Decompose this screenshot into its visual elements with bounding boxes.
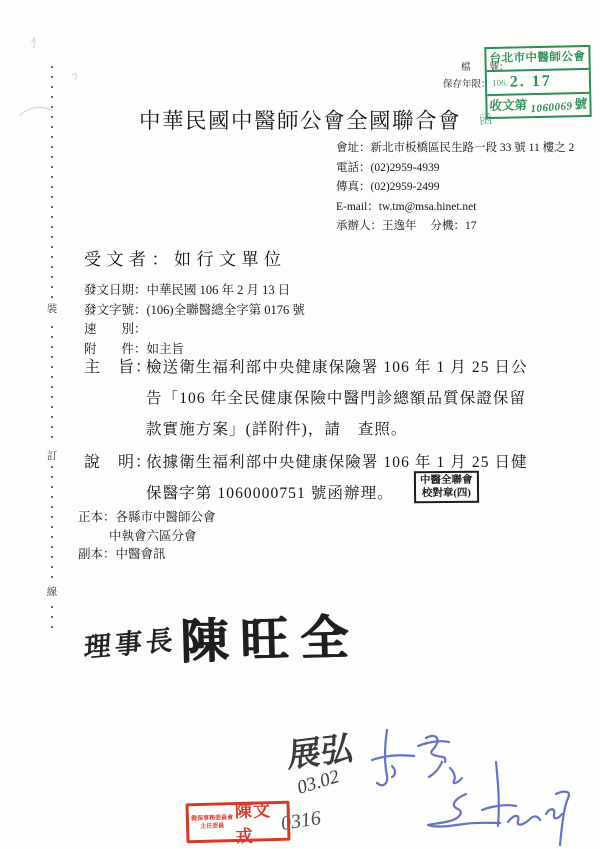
- binding-dotted-line: [51, 66, 53, 634]
- issue-date-value: 中華民國 106 年 2 月 13 日: [147, 283, 291, 297]
- received-stamp-org: 台北市中醫師公會: [486, 47, 588, 72]
- copies-block: 正本：各縣市中醫師公會 中執會六區分會 副本：中醫會訊: [78, 508, 216, 564]
- received-stamp-number-row: 收文第 1060069 號: [487, 92, 590, 119]
- chairman-title-calligraphy: 理事長: [83, 618, 178, 665]
- received-stamp: 台北市中醫師公會 106. 2. 17 收文第 1060069 號: [484, 45, 591, 119]
- cc-copy-label: 副本：: [78, 547, 116, 561]
- blue-pen-signature: [350, 714, 600, 849]
- person-value: 王逸年: [382, 220, 417, 232]
- received-date: 2. 17: [510, 73, 552, 92]
- address-value: 新北市板橋區民生路一段 33 號 11 樓之 2: [371, 142, 575, 154]
- subject-text: 檢送衛生福利部中央健康保險署 106 年 1 月 25 日公 告「106 年全民…: [146, 352, 528, 445]
- cc-copy-row: 副本：中醫會訊: [78, 545, 216, 564]
- handwritten-name: 展弘: [287, 722, 354, 778]
- cc-copy-value: 中醫會訊: [116, 547, 166, 561]
- committee-chair-stamp: 健保事務委員會 主任委員 陳文戎: [185, 801, 290, 844]
- issue-number-value: (106)全聯醫總全字第 0176 號: [147, 303, 305, 317]
- recipient-value: 如行文單位: [174, 250, 287, 269]
- description-label: 說 明：: [84, 449, 152, 472]
- retention-period-label: 保存年限：: [443, 76, 491, 90]
- address-label: 會址：: [336, 142, 371, 154]
- issue-number-label: 發文字號：: [84, 301, 147, 321]
- subject-label: 主 旨：: [84, 354, 152, 377]
- issue-number-row: 發文字號：(106)全聯醫總全字第 0176 號: [84, 301, 305, 321]
- binding-mark-ding: 訂: [44, 446, 60, 465]
- received-stamp-date-row: 106. 2. 17: [487, 70, 589, 94]
- received-number: 1060069: [527, 100, 576, 115]
- original-copy-value2: 中執會六區分會: [78, 527, 216, 546]
- recipient-row: 受文者：如行文單位: [84, 245, 287, 270]
- committee-stamp-titles: 健保事務委員會 主任委員: [191, 814, 234, 831]
- email-value: tw.tm@msa.hinet.net: [379, 201, 477, 213]
- email-label: E-mail：: [336, 201, 379, 213]
- received-date-year: 106.: [492, 78, 508, 88]
- email-row: E-mail：tw.tm@msa.hinet.net: [336, 198, 574, 218]
- proofread-stamp-line2: 校對章(四): [420, 487, 473, 500]
- recipient-label: 受文者：: [84, 250, 174, 269]
- extension-value: 17: [465, 220, 477, 232]
- issue-date-label: 發文日期：: [84, 281, 147, 301]
- chairman-name-signature: 陳旺全: [179, 599, 361, 673]
- committee-stamp-name: 陳文戎: [235, 796, 286, 847]
- subject-line: 告「106 年全民健康保險中醫門診總額品質保證保留: [146, 383, 528, 414]
- fax-value: (02)2959-2499: [371, 181, 440, 193]
- speed-row: 速 別：: [84, 320, 305, 340]
- fax-label: 傳真：: [336, 181, 371, 193]
- scanned-official-letter: 裝 訂 線 檔 號： 保存年限： 台北市中醫師公會 106. 2. 17 收文第…: [0, 0, 600, 849]
- phone-label: 電話：: [336, 162, 371, 174]
- original-copy-row: 正本：各縣市中醫師公會: [78, 508, 216, 527]
- extension-label: 分機：: [431, 220, 466, 232]
- committee-stamp-role: 主任委員: [191, 822, 234, 831]
- original-copy-label: 正本：: [78, 510, 116, 524]
- binding-mark-xian: 線: [44, 582, 60, 601]
- binding-mark-zhuang: 裝: [44, 299, 60, 318]
- fax-row: 傳真：(02)2959-2499: [336, 178, 574, 198]
- original-copy-value1: 各縣市中醫師公會: [116, 510, 216, 524]
- issue-date-row: 發文日期：中華民國 106 年 2 月 13 日: [84, 281, 305, 301]
- received-number-prefix: 收文第: [489, 95, 528, 116]
- phone-row: 電話：(02)2959-4939: [336, 159, 574, 179]
- speed-label: 速 別：: [84, 320, 147, 340]
- proofread-stamp-line1: 中醫全聯會: [420, 474, 473, 487]
- phone-value: (02)2959-4939: [371, 162, 440, 174]
- person-row: 承辦人：王逸年分機：17: [336, 217, 574, 237]
- received-stamp-side-char: 函: [478, 108, 493, 128]
- received-number-suffix: 號: [574, 94, 588, 114]
- person-label: 承辦人：: [336, 220, 382, 232]
- document-meta: 發文日期：中華民國 106 年 2 月 13 日 發文字號：(106)全聯醫總全…: [84, 281, 305, 359]
- subject-line: 款實施方案」(詳附件)，請 查照。: [146, 414, 528, 445]
- subject-line: 檢送衛生福利部中央健康保險署 106 年 1 月 25 日公: [146, 352, 528, 383]
- contact-block: 會址：新北市板橋區民生路一段 33 號 11 樓之 2 電話：(02)2959-…: [336, 139, 574, 237]
- address-row: 會址：新北市板橋區民生路一段 33 號 11 樓之 2: [336, 139, 574, 159]
- proofread-stamp: 中醫全聯會 校對章(四): [414, 471, 479, 504]
